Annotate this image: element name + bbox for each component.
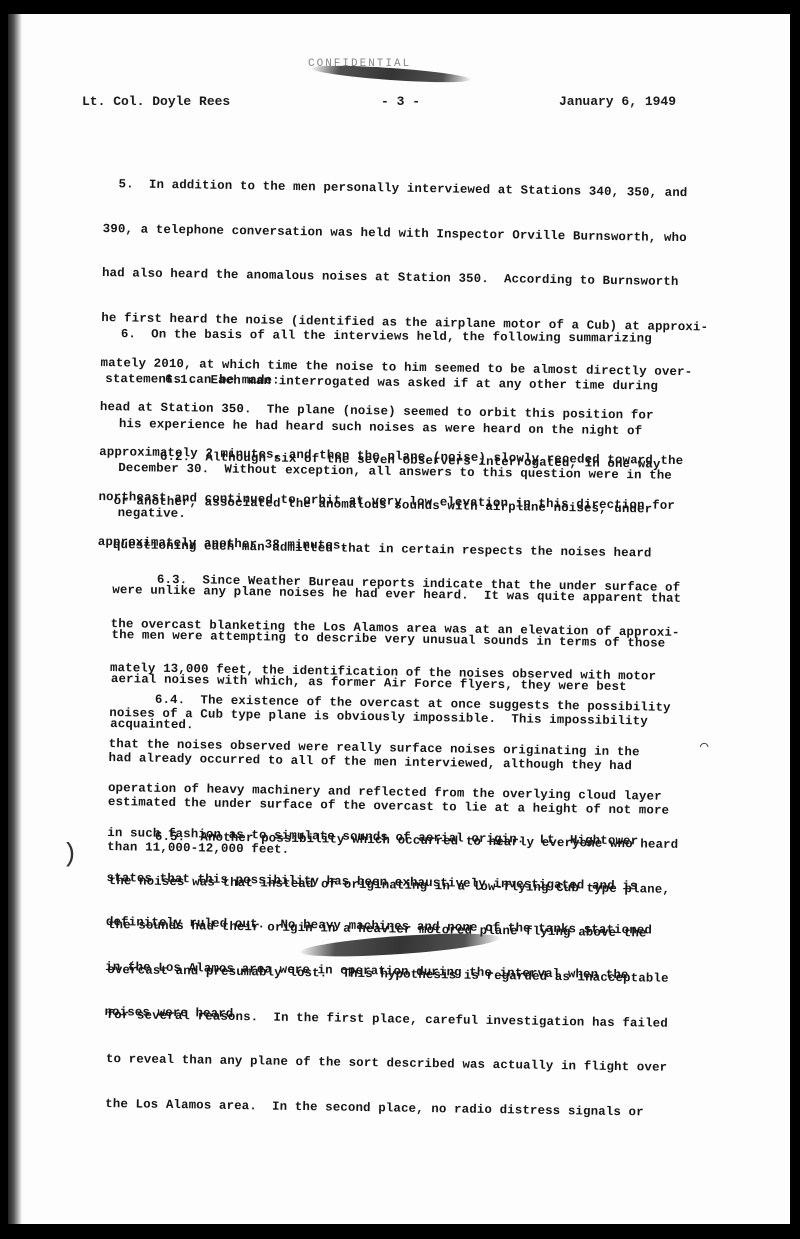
paragraph-6-5: 6.5. Another possibility which occurred … bbox=[105, 799, 679, 1151]
margin-mark: / bbox=[126, 960, 134, 976]
paragraph-line: overcast and presumably lost. This hypot… bbox=[107, 963, 676, 987]
paragraph-line: the overcast blanketing the Los Alamos a… bbox=[111, 617, 680, 641]
paragraph-line: 390, a telephone conversation was held w… bbox=[103, 222, 710, 246]
addressee: Lt. Col. Doyle Rees bbox=[82, 94, 230, 109]
letter-date: January 6, 1949 bbox=[559, 94, 676, 109]
paragraph-line: 6.3. Since Weather Bureau reports indica… bbox=[111, 572, 680, 596]
paragraph-line: for several reasons. In the first place,… bbox=[106, 1008, 675, 1032]
paragraph-line: that the noises observed were really sur… bbox=[109, 737, 671, 761]
margin-mark: ⌒ bbox=[700, 738, 708, 755]
paragraph-line: had also heard the anomalous noises at S… bbox=[102, 266, 709, 290]
paragraph-line: to reveal than any plane of the sort des… bbox=[106, 1052, 675, 1076]
paragraph-line: the Los Alamos area. In the second place… bbox=[105, 1097, 674, 1121]
paragraph-line: 6.1. Each man interrogated was asked if … bbox=[119, 372, 673, 395]
page-number: - 3 - bbox=[381, 94, 420, 109]
document-page: CONFIDENTIAL Lt. Col. Doyle Rees - 3 - J… bbox=[8, 14, 790, 1224]
paragraph-line: 5. In addition to the men personally int… bbox=[103, 177, 710, 201]
paragraph-line: 6.4. The existence of the overcast at on… bbox=[109, 692, 671, 716]
paragraph-line: 6.2. Although six of the seven observers… bbox=[114, 449, 683, 473]
paragraph-line: or another, associated the anomalous sou… bbox=[114, 494, 683, 518]
paragraph-line: 6.5. Another possibility which occurred … bbox=[109, 829, 678, 853]
margin-mark: ) bbox=[62, 839, 78, 869]
scan-edge-shadow bbox=[8, 14, 22, 1224]
paragraph-line: the noises was that instead of originati… bbox=[109, 874, 678, 898]
